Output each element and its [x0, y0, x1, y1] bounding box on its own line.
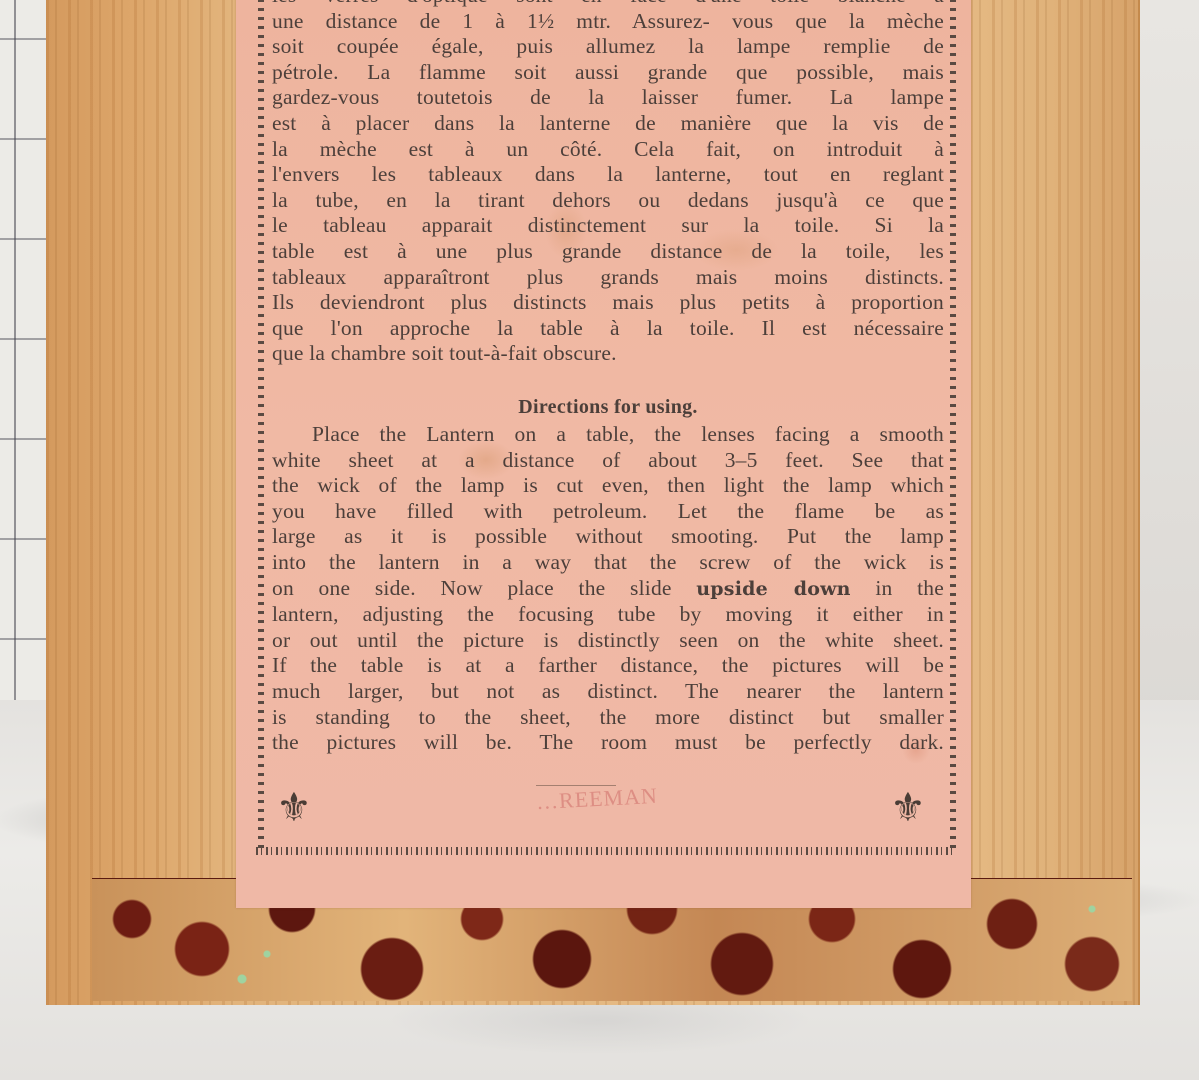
- text-segment: on one side. Now place the slide: [272, 576, 672, 600]
- text-line: the pictures will be. The room must be p…: [272, 730, 944, 756]
- text-line: soit coupée égale, puis allumez la lampe…: [272, 34, 944, 60]
- text-line: large as it is possible without smooting…: [272, 524, 944, 550]
- instruction-label: les verres d'optique sont en face d'une …: [236, 0, 971, 908]
- french-instructions: les verres d'optique sont en face d'une …: [272, 0, 944, 367]
- text-line-with-emphasis: on one side. Now place the slide upside …: [272, 576, 944, 603]
- text-line: est à placer dans la lanterne de manière…: [272, 111, 944, 137]
- text-line: une distance de 1 à 1½ mtr. Assurez- vou…: [272, 9, 944, 35]
- text-line: the wick of the lamp is cut even, then l…: [272, 473, 944, 499]
- text-line: Place the Lantern on a table, the lenses…: [272, 422, 944, 448]
- dotted-border-bottom: [256, 847, 956, 855]
- text-line: or out until the picture is distinctly s…: [272, 628, 944, 654]
- text-line: much larger, but not as distinct. The ne…: [272, 679, 944, 705]
- text-line: you have filled with petroleum. Let the …: [272, 499, 944, 525]
- emphasis-upside-down: upside down: [696, 578, 850, 600]
- text-segment: in the: [875, 576, 944, 600]
- background-cloth: [0, 0, 50, 720]
- corner-flourish-icon: ⚜: [276, 788, 312, 828]
- background-surface: [1135, 0, 1199, 720]
- text-line: lantern, adjusting the focusing tube by …: [272, 602, 944, 628]
- text-line: la tube, en la tirant dehors ou dedans j…: [272, 188, 944, 214]
- text-line: is standing to the sheet, the more disti…: [272, 705, 944, 731]
- english-instructions: Place the Lantern on a table, the lenses…: [272, 422, 944, 756]
- text-line: la mèche est à un côté. Cela fait, on in…: [272, 137, 944, 163]
- text-line: Ils deviendront plus distincts mais plus…: [272, 290, 944, 316]
- text-line: pétrole. La flamme soit aussi grande que…: [272, 60, 944, 86]
- text-line: tableaux apparaîtront plus grands mais m…: [272, 265, 944, 291]
- text-line: les verres d'optique sont en face d'une …: [272, 0, 944, 9]
- red-stamp: …REEMAN: [535, 783, 658, 815]
- corner-flourish-icon: ⚜: [890, 788, 926, 828]
- text-line: gardez-vous toutetois de la laisser fume…: [272, 85, 944, 111]
- text-line: into the lantern in a way that the screw…: [272, 550, 944, 576]
- dotted-border-right: [950, 0, 956, 850]
- english-heading: Directions for using.: [272, 396, 944, 419]
- text-line: le tableau apparait distinctement sur la…: [272, 213, 944, 239]
- text-line: que la chambre soit tout-à-fait obscure.: [272, 341, 944, 367]
- text-line: table est à une plus grande distance de …: [272, 239, 944, 265]
- text-line: If the table is at a farther distance, t…: [272, 653, 944, 679]
- text-line: l'envers les tableaux dans la lanterne, …: [272, 162, 944, 188]
- text-line: que l'on approche la table à la toile. I…: [272, 316, 944, 342]
- dotted-border-left: [258, 0, 264, 850]
- text-line: white sheet at a distance of about 3–5 f…: [272, 448, 944, 474]
